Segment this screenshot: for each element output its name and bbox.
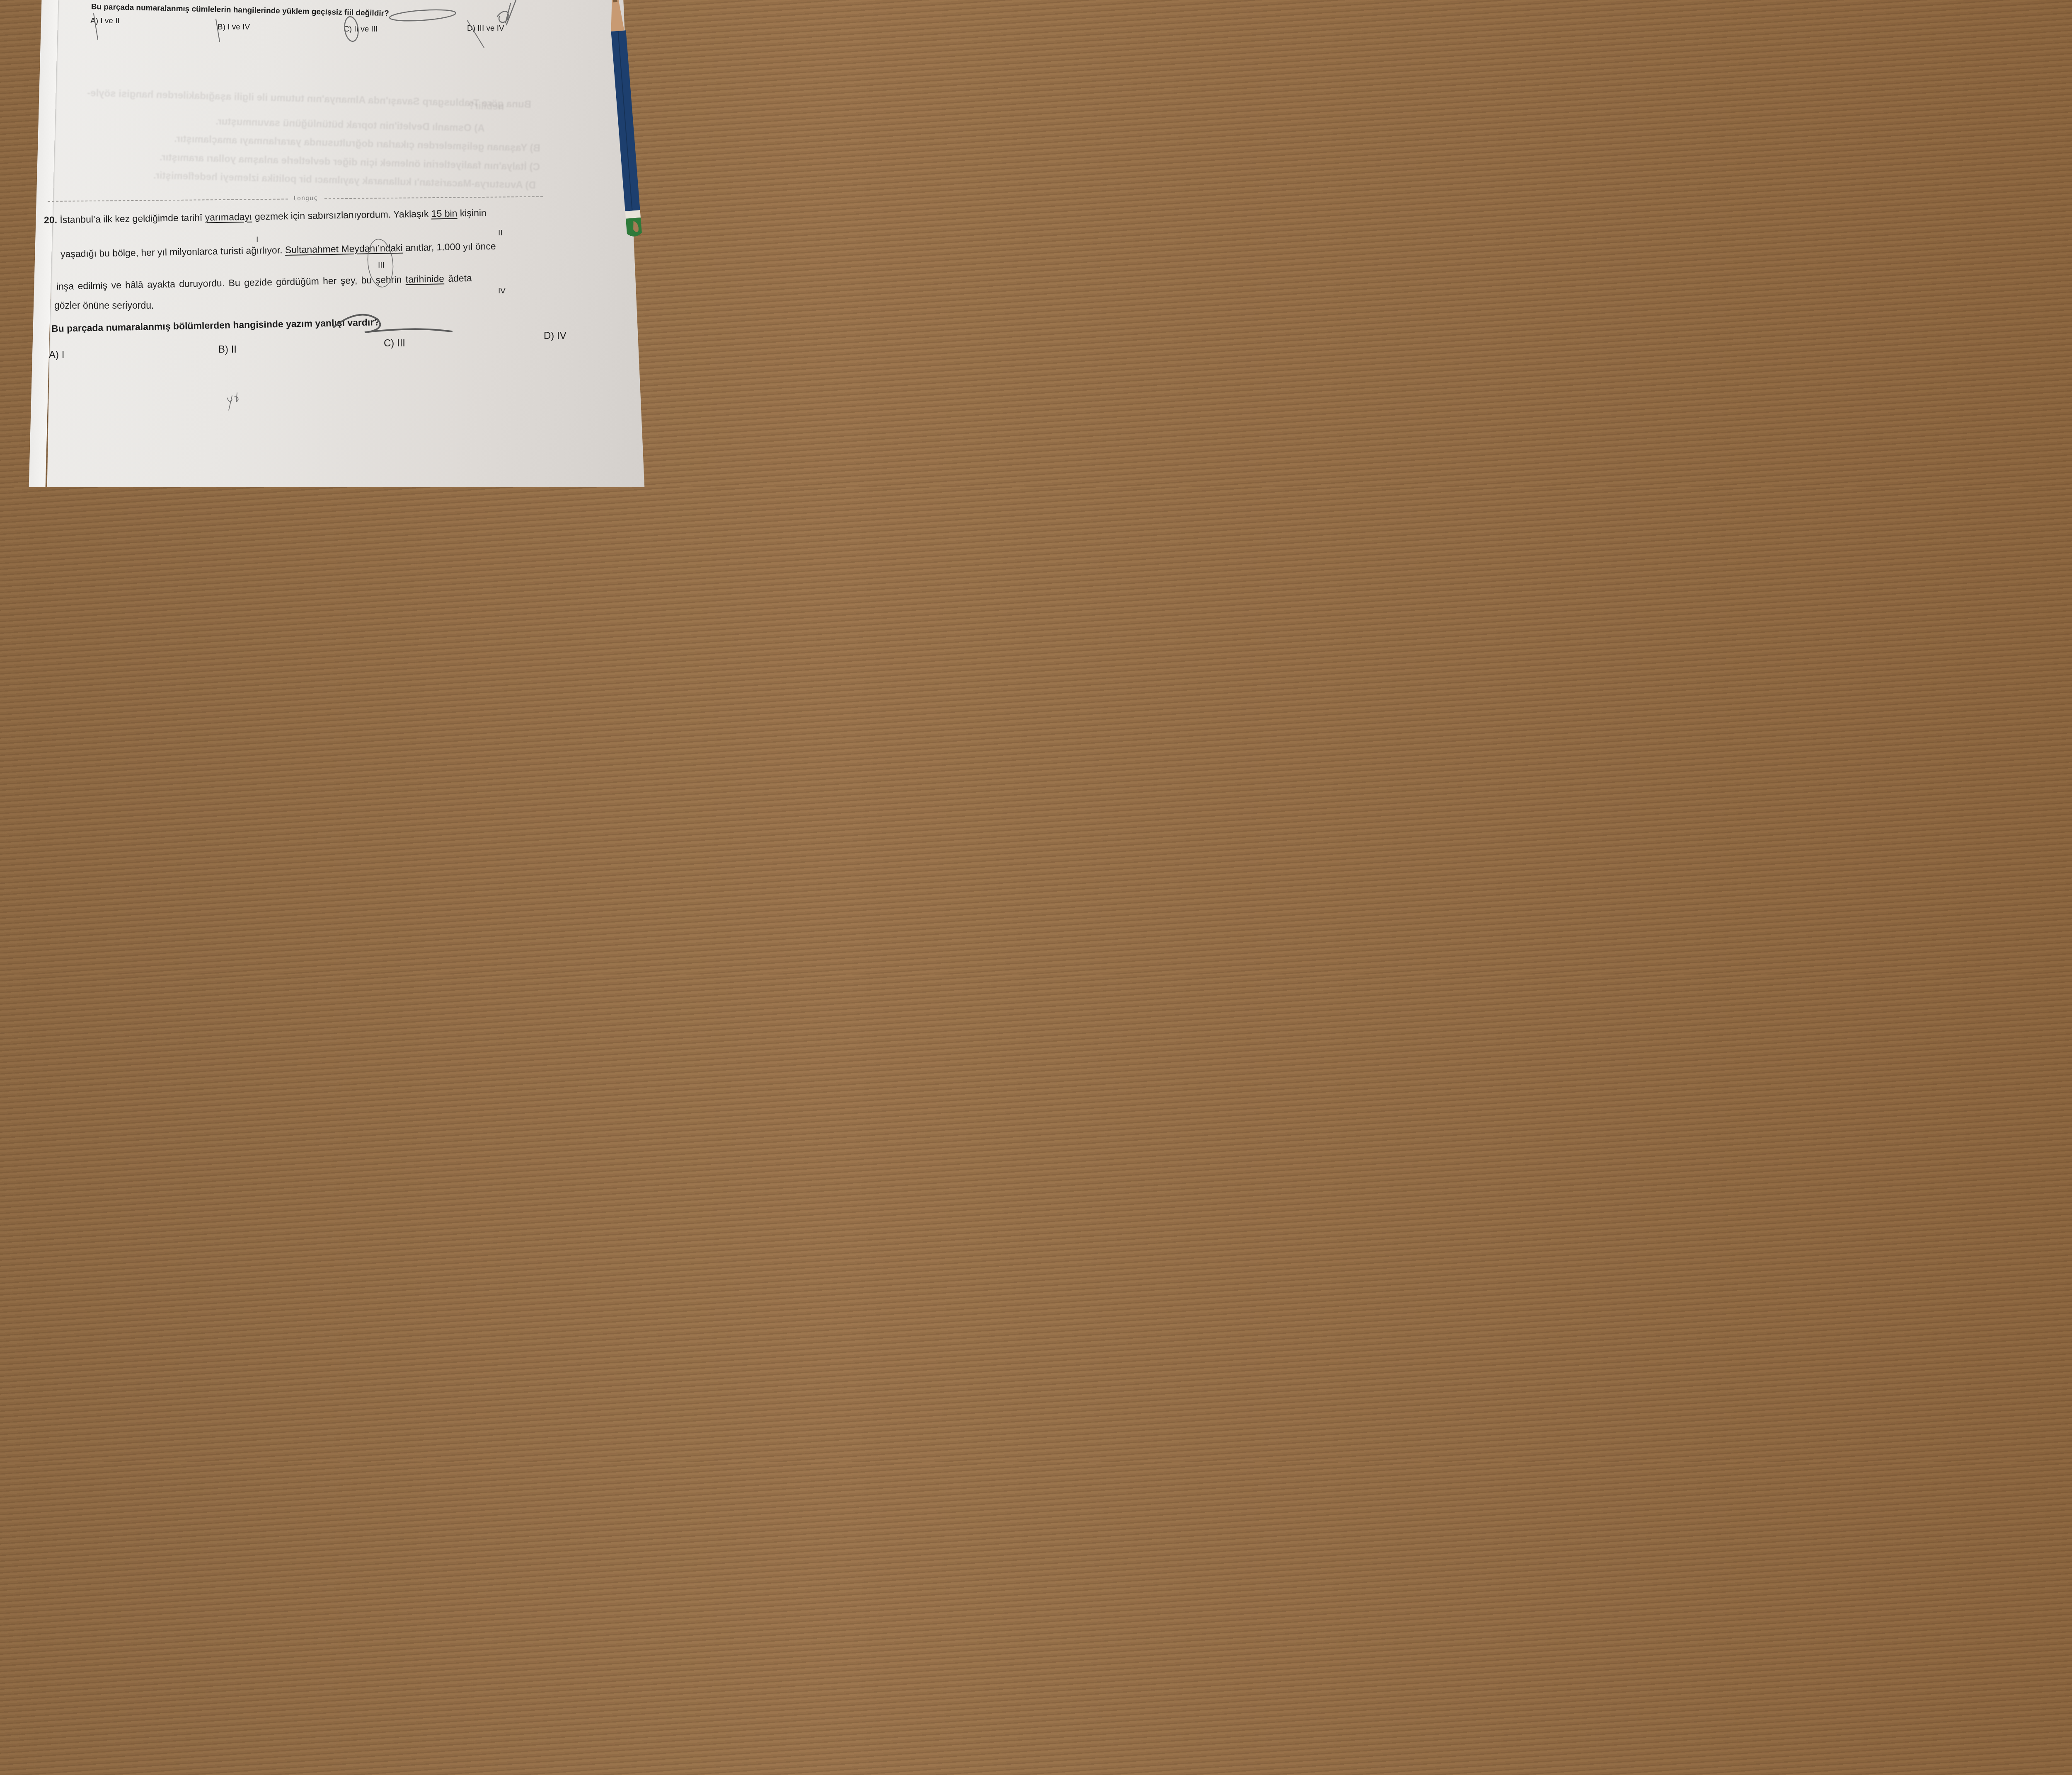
handwriting-scribble-icon [497, 0, 516, 25]
circle-mark-stem [389, 8, 456, 22]
handwriting-yd-icon [227, 393, 238, 410]
circle-mark-c [343, 16, 360, 42]
slash-mark-b [216, 19, 220, 41]
circle-mark-iii [366, 238, 395, 288]
slash-mark-a [94, 14, 98, 39]
slash-mark-d [467, 21, 484, 48]
pencil-markings [0, 0, 650, 487]
swoosh-mark [334, 315, 452, 332]
